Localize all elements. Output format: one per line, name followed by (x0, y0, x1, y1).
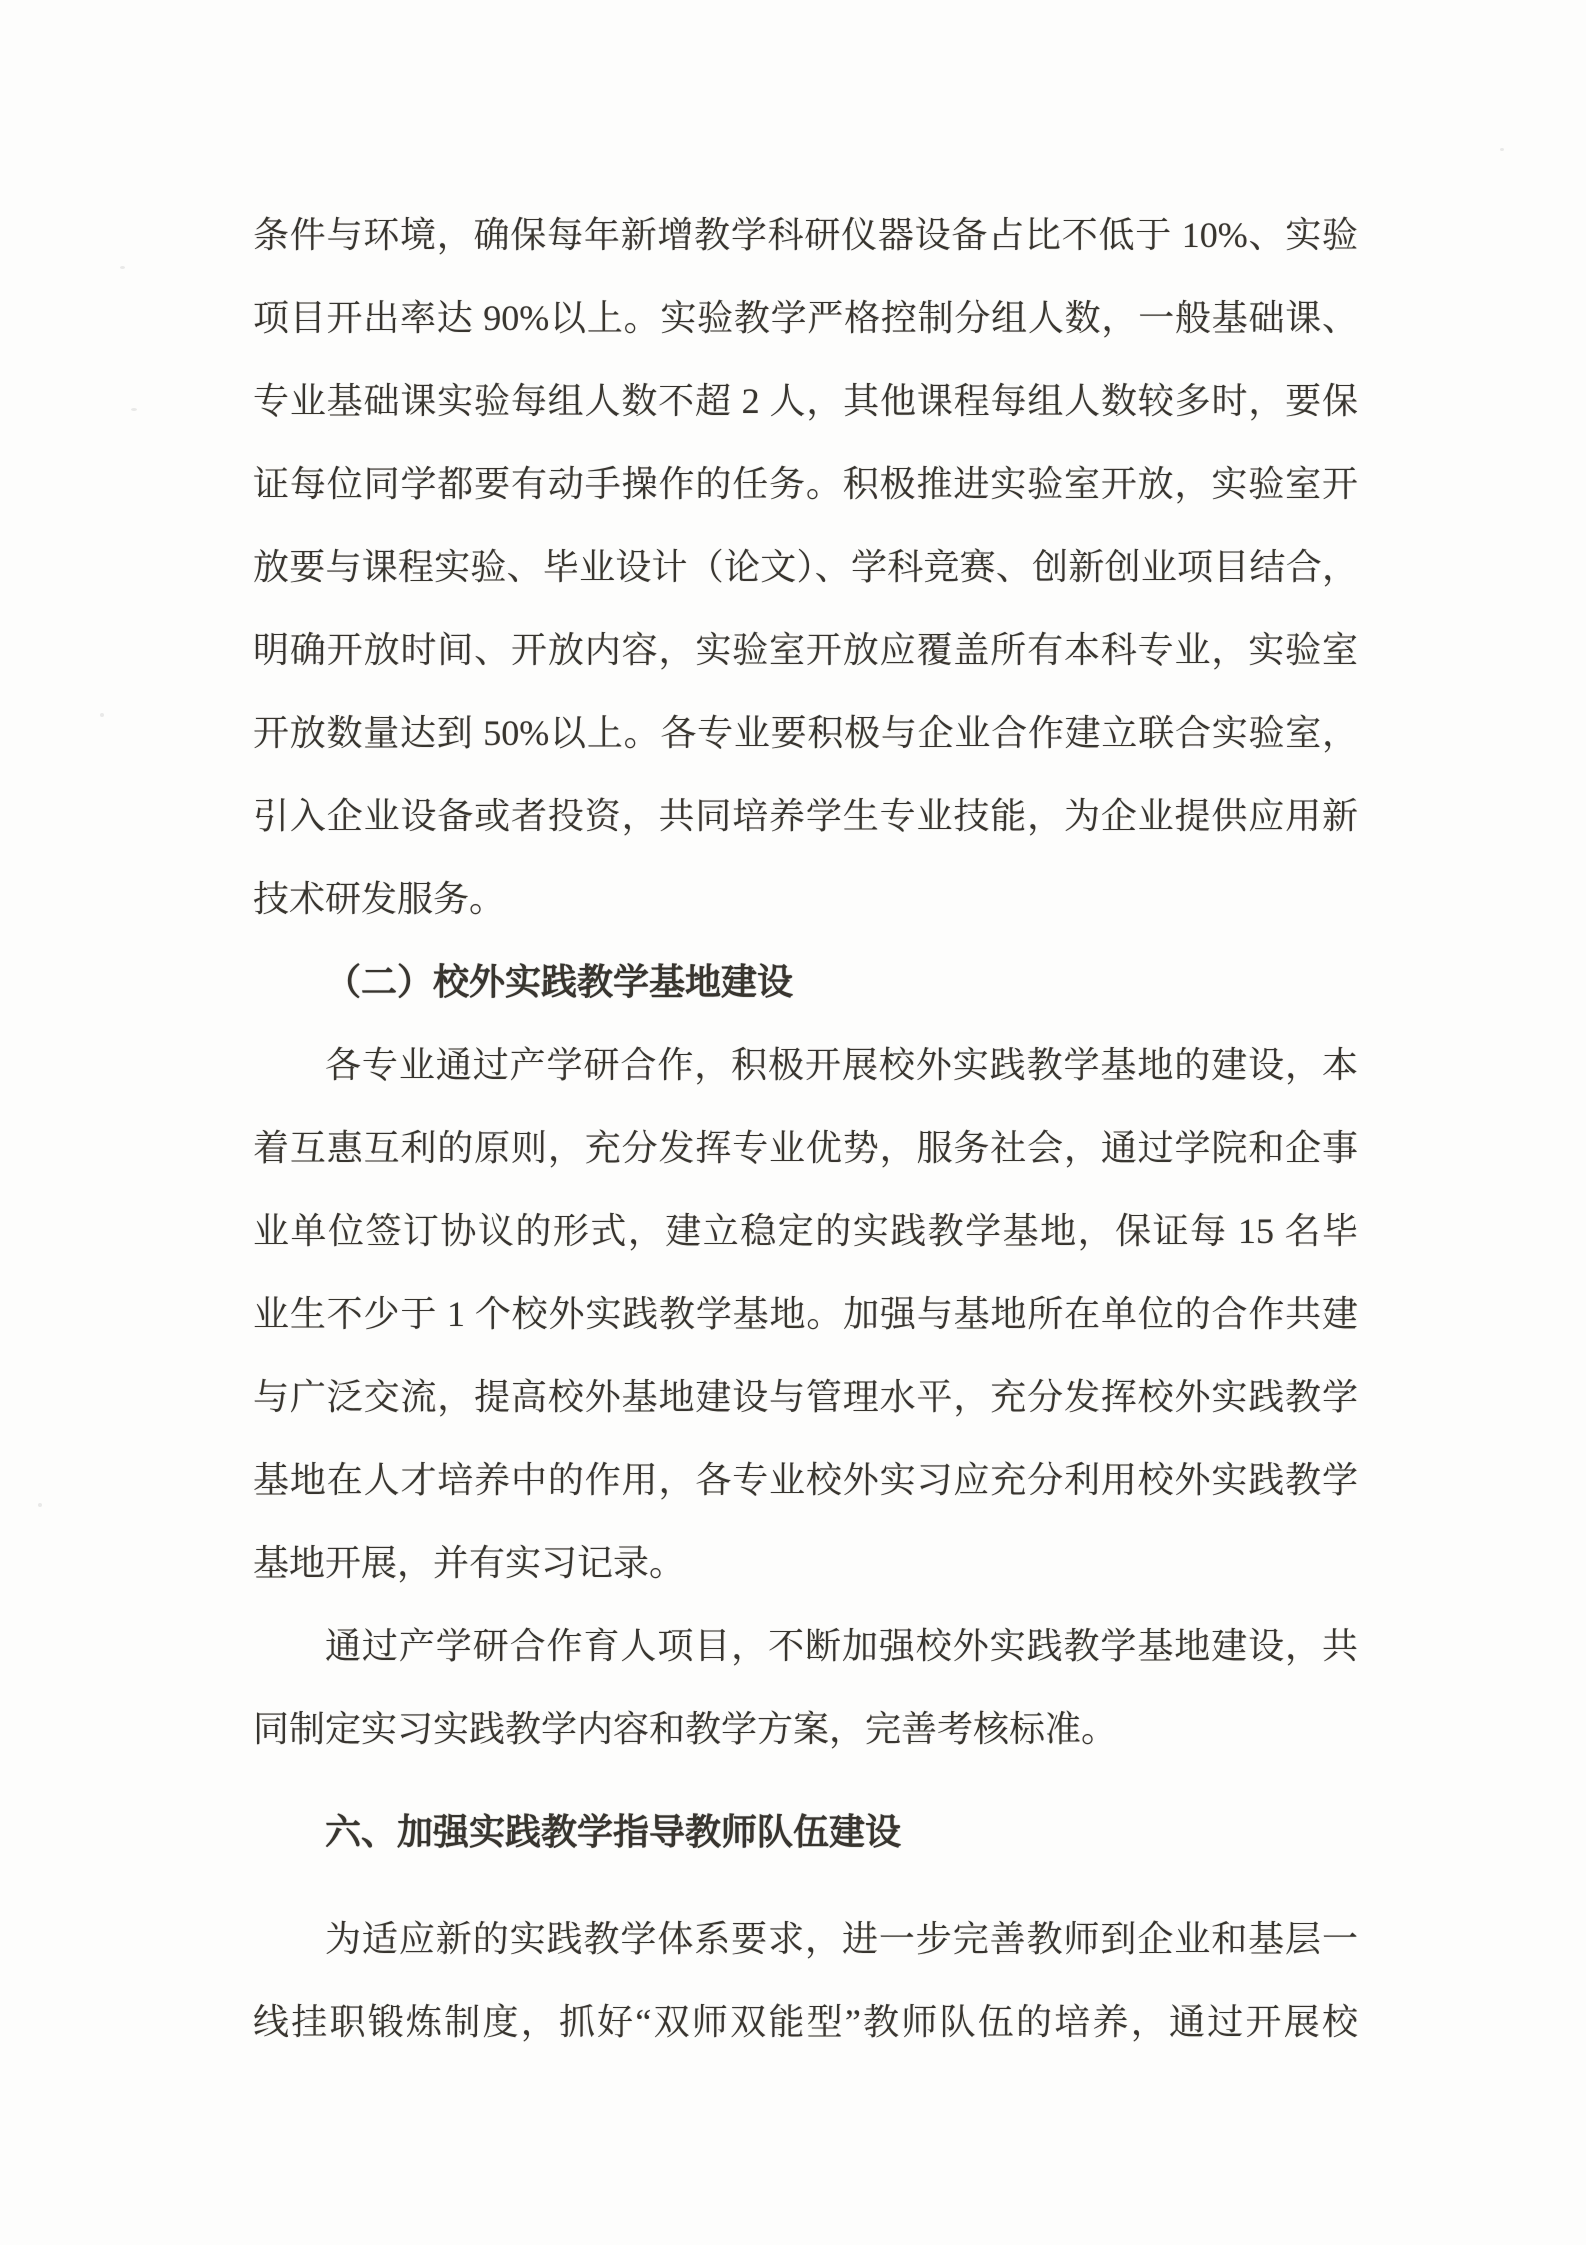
text-line: 基地在人才培养中的作用，各专业校外实习应充分利用校外实践教学 (253, 1439, 1358, 1522)
scan-speck (38, 1503, 42, 1507)
text-line: 引入企业设备或者投资，共同培养学生专业技能，为企业提供应用新 (253, 775, 1358, 858)
text-line: 开放数量达到 50%以上。各专业要积极与企业合作建立联合实验室， (253, 692, 1358, 775)
scan-speck (1500, 148, 1504, 151)
text-line: 放要与课程实验、毕业设计（论文）、学科竞赛、创新创业项目结合， (253, 526, 1358, 609)
text-line: 为适应新的实践教学体系要求，进一步完善教师到企业和基层一 (253, 1898, 1358, 1981)
text-line: 着互惠互利的原则，充分发挥专业优势，服务社会，通过学院和企事 (253, 1107, 1358, 1190)
document-text: 条件与环境，确保每年新增教学科研仪器设备占比不低于 10%、实验项目开出率达 9… (253, 194, 1358, 2064)
section-heading: （二）校外实践教学基地建设 (253, 941, 1358, 1024)
section-heading: 六、加强实践教学指导教师队伍建设 (253, 1791, 1358, 1874)
text-line: 证每位同学都要有动手操作的任务。积极推进实验室开放，实验室开 (253, 443, 1358, 526)
text-line: 专业基础课实验每组人数不超 2 人，其他课程每组人数较多时，要保 (253, 360, 1358, 443)
text-line: 基地开展，并有实习记录。 (253, 1522, 1358, 1605)
text-line: 明确开放时间、开放内容，实验室开放应覆盖所有本科专业，实验室 (253, 609, 1358, 692)
text-line: 同制定实习实践教学内容和教学方案，完善考核标准。 (253, 1688, 1358, 1771)
text-line: 通过产学研合作育人项目，不断加强校外实践教学基地建设，共 (253, 1605, 1358, 1688)
text-line: 各专业通过产学研合作，积极开展校外实践教学基地的建设，本 (253, 1024, 1358, 1107)
scan-speck (120, 266, 125, 269)
document-page: 条件与环境，确保每年新增教学科研仪器设备占比不低于 10%、实验项目开出率达 9… (0, 0, 1586, 2245)
text-line: 与广泛交流，提高校外基地建设与管理水平，充分发挥校外实践教学 (253, 1356, 1358, 1439)
scan-speck (100, 713, 104, 717)
text-line: 技术研发服务。 (253, 858, 1358, 941)
text-line: 条件与环境，确保每年新增教学科研仪器设备占比不低于 10%、实验 (253, 194, 1358, 277)
scan-speck (131, 408, 137, 411)
text-line: 业生不少于 1 个校外实践教学基地。加强与基地所在单位的合作共建 (253, 1273, 1358, 1356)
text-line: 线挂职锻炼制度，抓好“双师双能型”教师队伍的培养，通过开展校 (253, 1981, 1358, 2064)
text-line: 项目开出率达 90%以上。实验教学严格控制分组人数，一般基础课、 (253, 277, 1358, 360)
text-line: 业单位签订协议的形式，建立稳定的实践教学基地，保证每 15 名毕 (253, 1190, 1358, 1273)
